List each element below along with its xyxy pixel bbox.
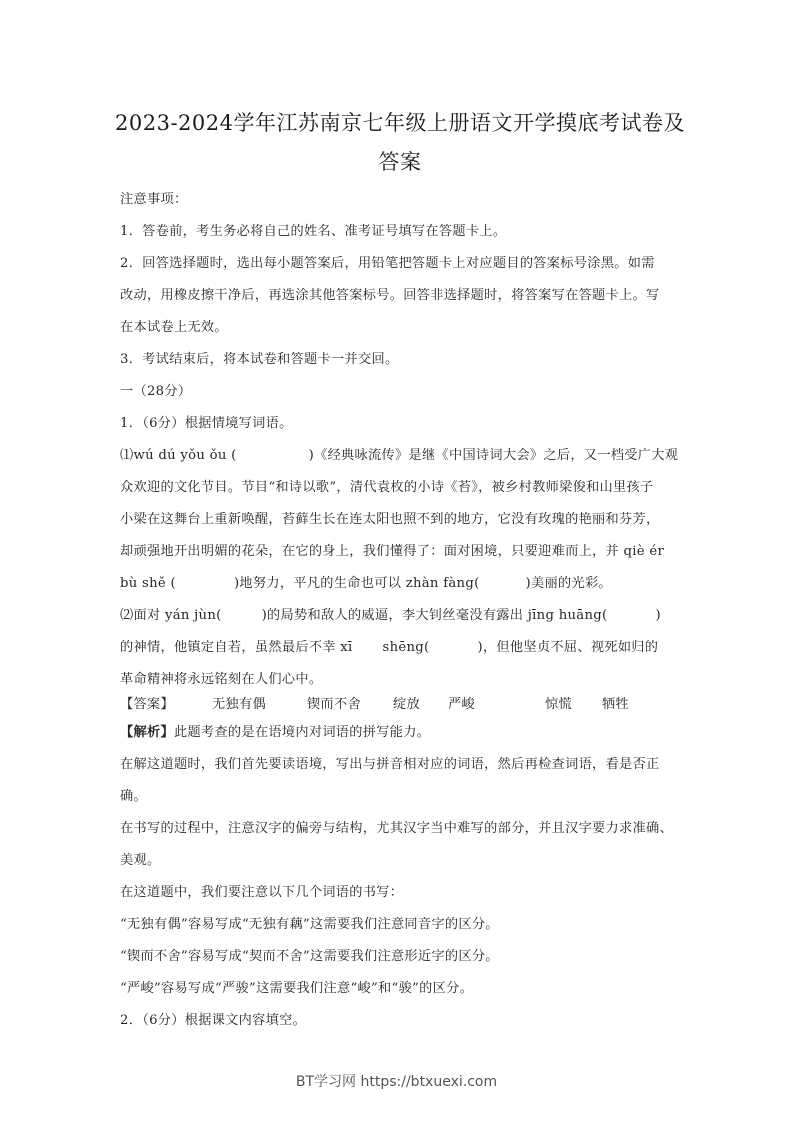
pinyin-prompt: ⑴wú dú yǒu ǒu (	[120, 448, 237, 463]
passage-text: 的神情，他镇定自若，虽然最后不幸 xī	[120, 640, 353, 655]
q1-p2-line2: 的神情，他镇定自若，虽然最后不幸 xīshēng()，但他坚贞不屈、视死如归的	[120, 636, 658, 655]
notice-item-2-cont: 改动，用橡皮擦干净后，再选涂其他答案标号。回答非选择题时，将答案写在答题卡上。写	[120, 284, 660, 303]
footer-watermark: BT学习网 https://btxuexi.com	[0, 1071, 793, 1091]
answer-item: 绽放	[393, 693, 448, 712]
document-page: 2023-2024学年江苏南京七年级上册语文开学摸底考试卷及 答案 注意事项： …	[0, 0, 793, 1122]
q1-p1-line5: bù shě ()地努力，平凡的生命也可以 zhàn fàng()美丽的光彩。	[120, 572, 612, 591]
answer-item: 牺牲	[602, 693, 629, 712]
q1-p2-line1: ⑵面对 yán jùn()的局势和敌人的威逼，李大钊丝毫没有露出 jīng hu…	[120, 604, 661, 623]
analysis-line: 在书写的过程中，注意汉字的偏旁与结构，尤其汉字当中难写的部分，并且汉字要力求准确…	[120, 817, 673, 836]
passage-text: )美丽的光彩。	[526, 576, 612, 591]
q1-p1-line4: 却顽强地开出明媚的花朵，在它的身上，我们懂得了：面对困境，只要迎难而上，并 qi…	[120, 540, 664, 559]
notice-item-1: 1．答卷前，考生务必将自己的姓名、准考证号填写在答题卡上。	[120, 220, 506, 239]
passage-text: )的局势和敌人的威逼，李大钊丝毫没有露出 jīng huāng(	[262, 608, 608, 623]
answer-row: 【答案】无独有偶锲而不舍绽放严峻惊慌牺牲	[120, 693, 629, 712]
answer-item: 锲而不舍	[307, 693, 393, 712]
question-1-heading: 1．（6分）根据情境写词语。	[120, 412, 293, 431]
notice-heading: 注意事项：	[120, 188, 187, 207]
analysis-line: 在解这道题时，我们首先要读语境，写出与拼音相对应的词语，然后再检查词语，看是否正	[120, 753, 660, 772]
analysis-line: “无独有偶”容易写成“无独有藕”这需要我们注意同音字的区分。	[120, 913, 499, 932]
passage-text: )	[655, 608, 660, 623]
analysis-line: “锲而不舍”容易写成“契而不舍”这需要我们注意形近字的区分。	[120, 945, 499, 964]
answer-item: 无独有偶	[212, 693, 307, 712]
analysis-text: 此题考查的是在语境内对词语的拼写能力。	[174, 725, 430, 740]
passage-text: )《经典咏流传》是继《中国诗词大会》之后，又一档受广大观	[309, 448, 679, 463]
notice-item-2: 2．回答选择题时，选出每小题答案后，用铅笔把答题卡上对应题目的答案标号涂黑。如需	[120, 252, 655, 271]
analysis-line: 美观。	[120, 849, 160, 868]
analysis-line: 在这道题中，我们要注意以下几个词语的书写：	[120, 881, 403, 900]
q1-p1-line2: 众欢迎的文化节目。节目“和诗以歌”，清代袁枚的小诗《苔》，被乡村教师梁俊和山里孩…	[120, 476, 654, 495]
document-title-continued: 答案	[100, 146, 700, 176]
passage-text: )地努力，平凡的生命也可以 zhàn fàng(	[234, 576, 480, 591]
pinyin-prompt: ⑵面对 yán jùn(	[120, 608, 222, 623]
analysis-line: “严峻”容易写成“严骏”这需要我们注意“峻”和“骏”的区分。	[120, 977, 473, 996]
notice-item-2-cont2: 在本试卷上无效。	[120, 316, 228, 335]
answer-label: 【答案】	[120, 693, 212, 712]
answer-item: 严峻	[448, 693, 545, 712]
notice-item-3: 3．考试结束后，将本试卷和答题卡一并交回。	[120, 348, 398, 367]
analysis-heading: 【解析】此题考查的是在语境内对词语的拼写能力。	[120, 721, 430, 740]
question-2-heading: 2．（6分）根据课文内容填空。	[120, 1009, 306, 1028]
analysis-label: 【解析】	[120, 725, 174, 740]
passage-text: )，但他坚贞不屈、视死如归的	[478, 640, 659, 655]
q1-p1-line3: 小梁在这舞台上重新唤醒，苔藓生长在连太阳也照不到的地方，它没有玫瑰的艳丽和芬芳，	[120, 508, 660, 527]
section-heading: 一（28分）	[120, 380, 191, 399]
answer-item: 惊慌	[545, 693, 602, 712]
pinyin-prompt: bù shě (	[120, 576, 176, 591]
analysis-line: 确。	[120, 785, 147, 804]
pinyin-prompt: shēng(	[383, 640, 430, 655]
q1-p2-line3: 革命精神将永远铭刻在人们心中。	[120, 668, 322, 687]
document-title: 2023-2024学年江苏南京七年级上册语文开学摸底考试卷及	[100, 107, 700, 137]
q1-p1-line1: ⑴wú dú yǒu ǒu ()《经典咏流传》是继《中国诗词大会》之后，又一档受…	[120, 444, 678, 463]
